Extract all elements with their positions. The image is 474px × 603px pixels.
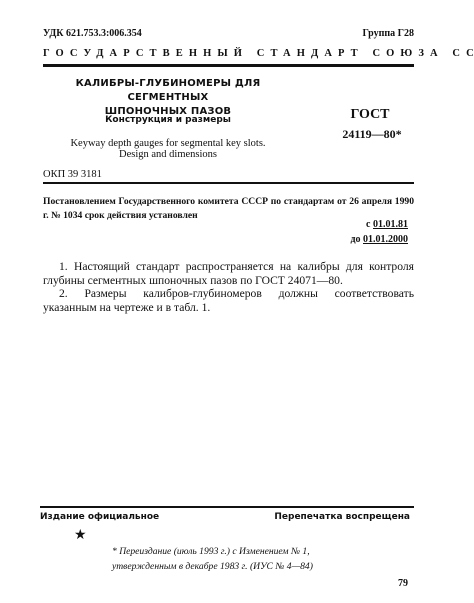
validity-to: до 01.01.2000: [350, 232, 408, 247]
star-icon: ★: [74, 527, 87, 544]
reprint-note: * Переиздание (июль 1993 г.) с Изменение…: [112, 544, 313, 574]
footer-divider: [40, 506, 414, 508]
paragraph-2: 2. Размеры калибров-глубиномеров должны …: [43, 287, 414, 314]
header-divider: [43, 64, 414, 67]
udk-code: УДК 621.753.3:006.354: [43, 28, 142, 39]
state-standard-heading: ГОСУДАРСТВЕННЫЙ СТАНДАРТ СОЮЗА ССР: [43, 48, 415, 59]
reprint-prohibited-label: Перепечатка воспрещена: [274, 512, 410, 522]
validity-from-date: 01.01.81: [373, 219, 408, 230]
title-line-1: КАЛИБРЫ-ГЛУБИНОМЕРЫ ДЛЯ СЕГМЕНТНЫХ: [43, 77, 293, 105]
reprint-note-line-1: * Переиздание (июль 1993 г.) с Изменение…: [112, 544, 313, 559]
subtitle-english: Keyway depth gauges for segmental key sl…: [43, 138, 293, 160]
validity-from-prefix: с: [366, 219, 370, 230]
official-edition-label: Издание официальное: [40, 512, 159, 522]
body-text: 1. Настоящий стандарт распространяется н…: [43, 260, 414, 314]
subtitle-english-line-2: Design and dimensions: [43, 149, 293, 160]
validity-from: с 01.01.81: [350, 217, 408, 232]
group-code: Группа Г28: [362, 28, 414, 39]
validity-period: с 01.01.81 до 01.01.2000: [350, 217, 408, 247]
okp-code: ОКП 39 3181: [43, 169, 102, 180]
subtitle-russian: Конструкция и размеры: [43, 115, 293, 125]
validity-to-prefix: до: [350, 234, 360, 245]
paragraph-1: 1. Настоящий стандарт распространяется н…: [43, 260, 414, 287]
okp-divider: [43, 182, 414, 184]
gost-label: ГОСТ: [330, 107, 410, 123]
reprint-note-line-2: утвержденным в декабре 1983 г. (ИУС № 4—…: [112, 559, 313, 574]
validity-to-date: 01.01.2000: [363, 234, 408, 245]
gost-number: 24119—80*: [322, 127, 422, 142]
document-title: КАЛИБРЫ-ГЛУБИНОМЕРЫ ДЛЯ СЕГМЕНТНЫХ ШПОНО…: [43, 77, 293, 119]
page-number: 79: [398, 578, 408, 589]
subtitle-english-line-1: Keyway depth gauges for segmental key sl…: [43, 138, 293, 149]
